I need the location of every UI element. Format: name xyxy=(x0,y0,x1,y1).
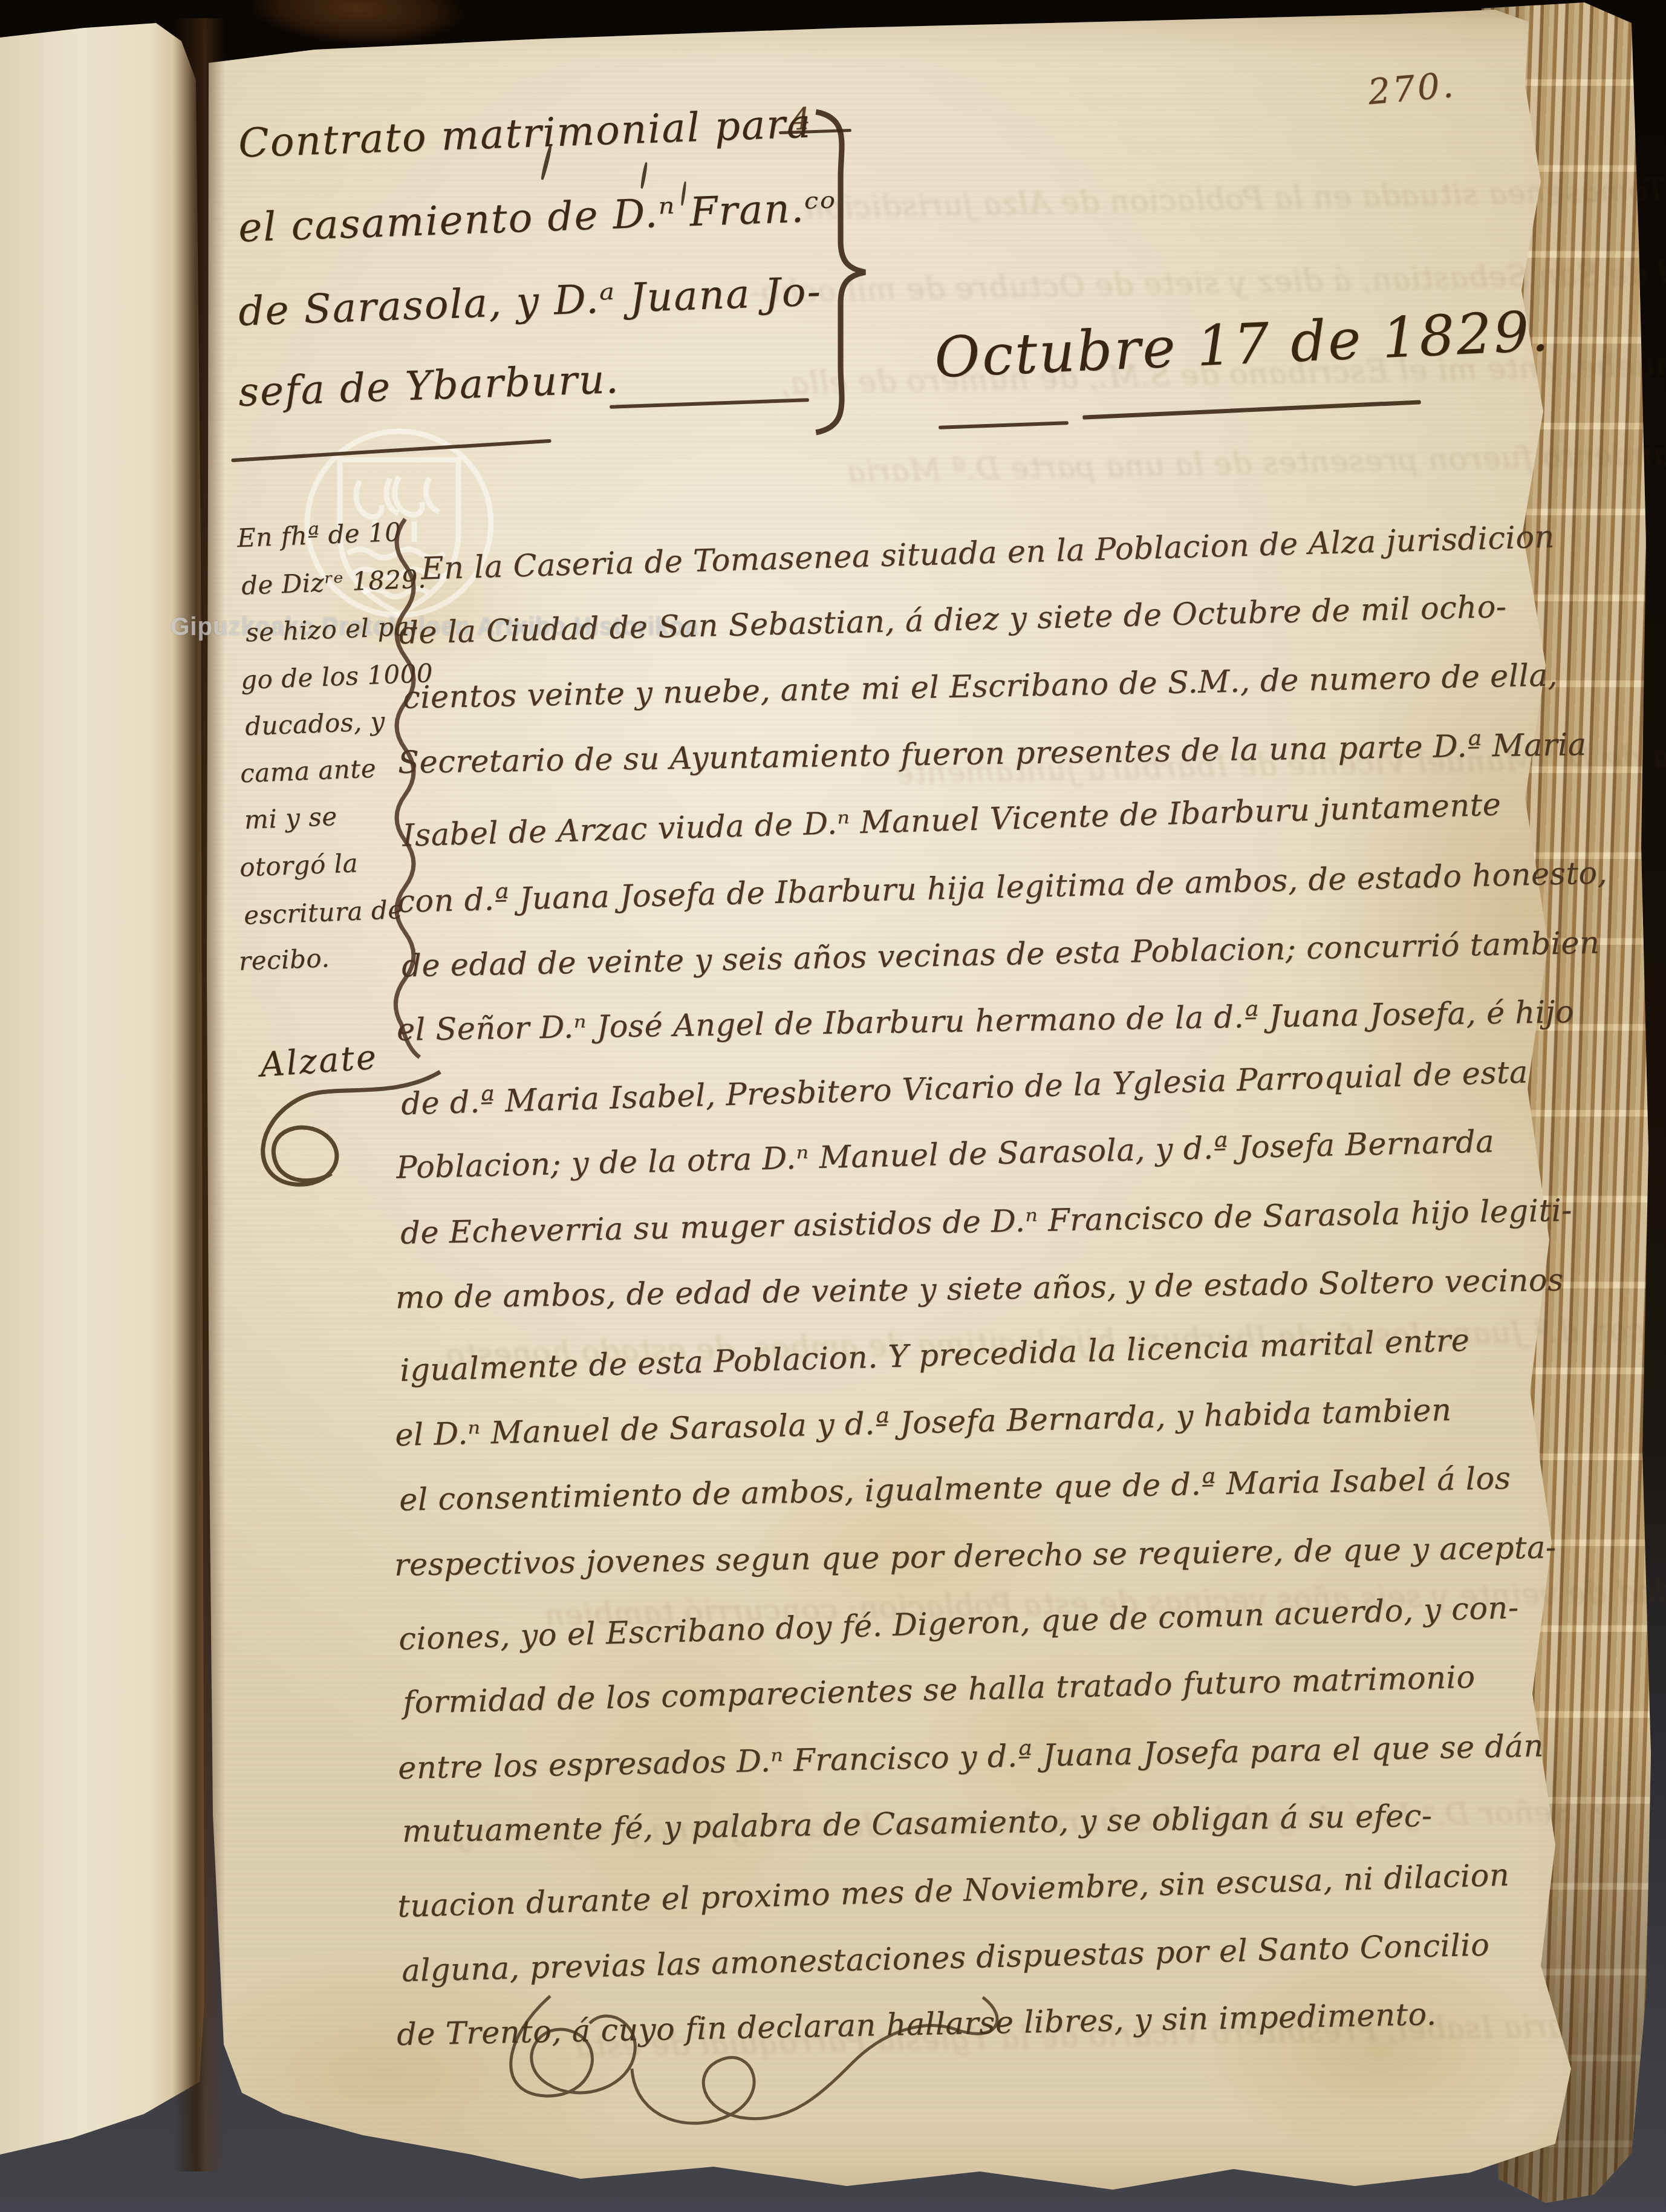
margin-note-line: mi y se xyxy=(244,801,337,835)
title-brace xyxy=(804,109,871,436)
margin-note-line: En fhª de 10 xyxy=(236,517,402,553)
page-number: 270. xyxy=(1366,64,1457,113)
margin-note-line: escritura de xyxy=(243,895,403,930)
margin-note-line: ducados, y xyxy=(244,706,385,742)
margin-brace xyxy=(381,519,423,1069)
manuscript-photo: En la Caseria de Tomasenea situada en la… xyxy=(0,0,1666,2212)
book-gutter-shadow xyxy=(173,18,225,2171)
rubric-flourish xyxy=(478,1990,1022,2171)
margin-note-line: cama ante xyxy=(239,754,377,789)
margin-note-line: recibo. xyxy=(238,943,330,976)
margin-note-line: otorgó la xyxy=(239,848,359,882)
